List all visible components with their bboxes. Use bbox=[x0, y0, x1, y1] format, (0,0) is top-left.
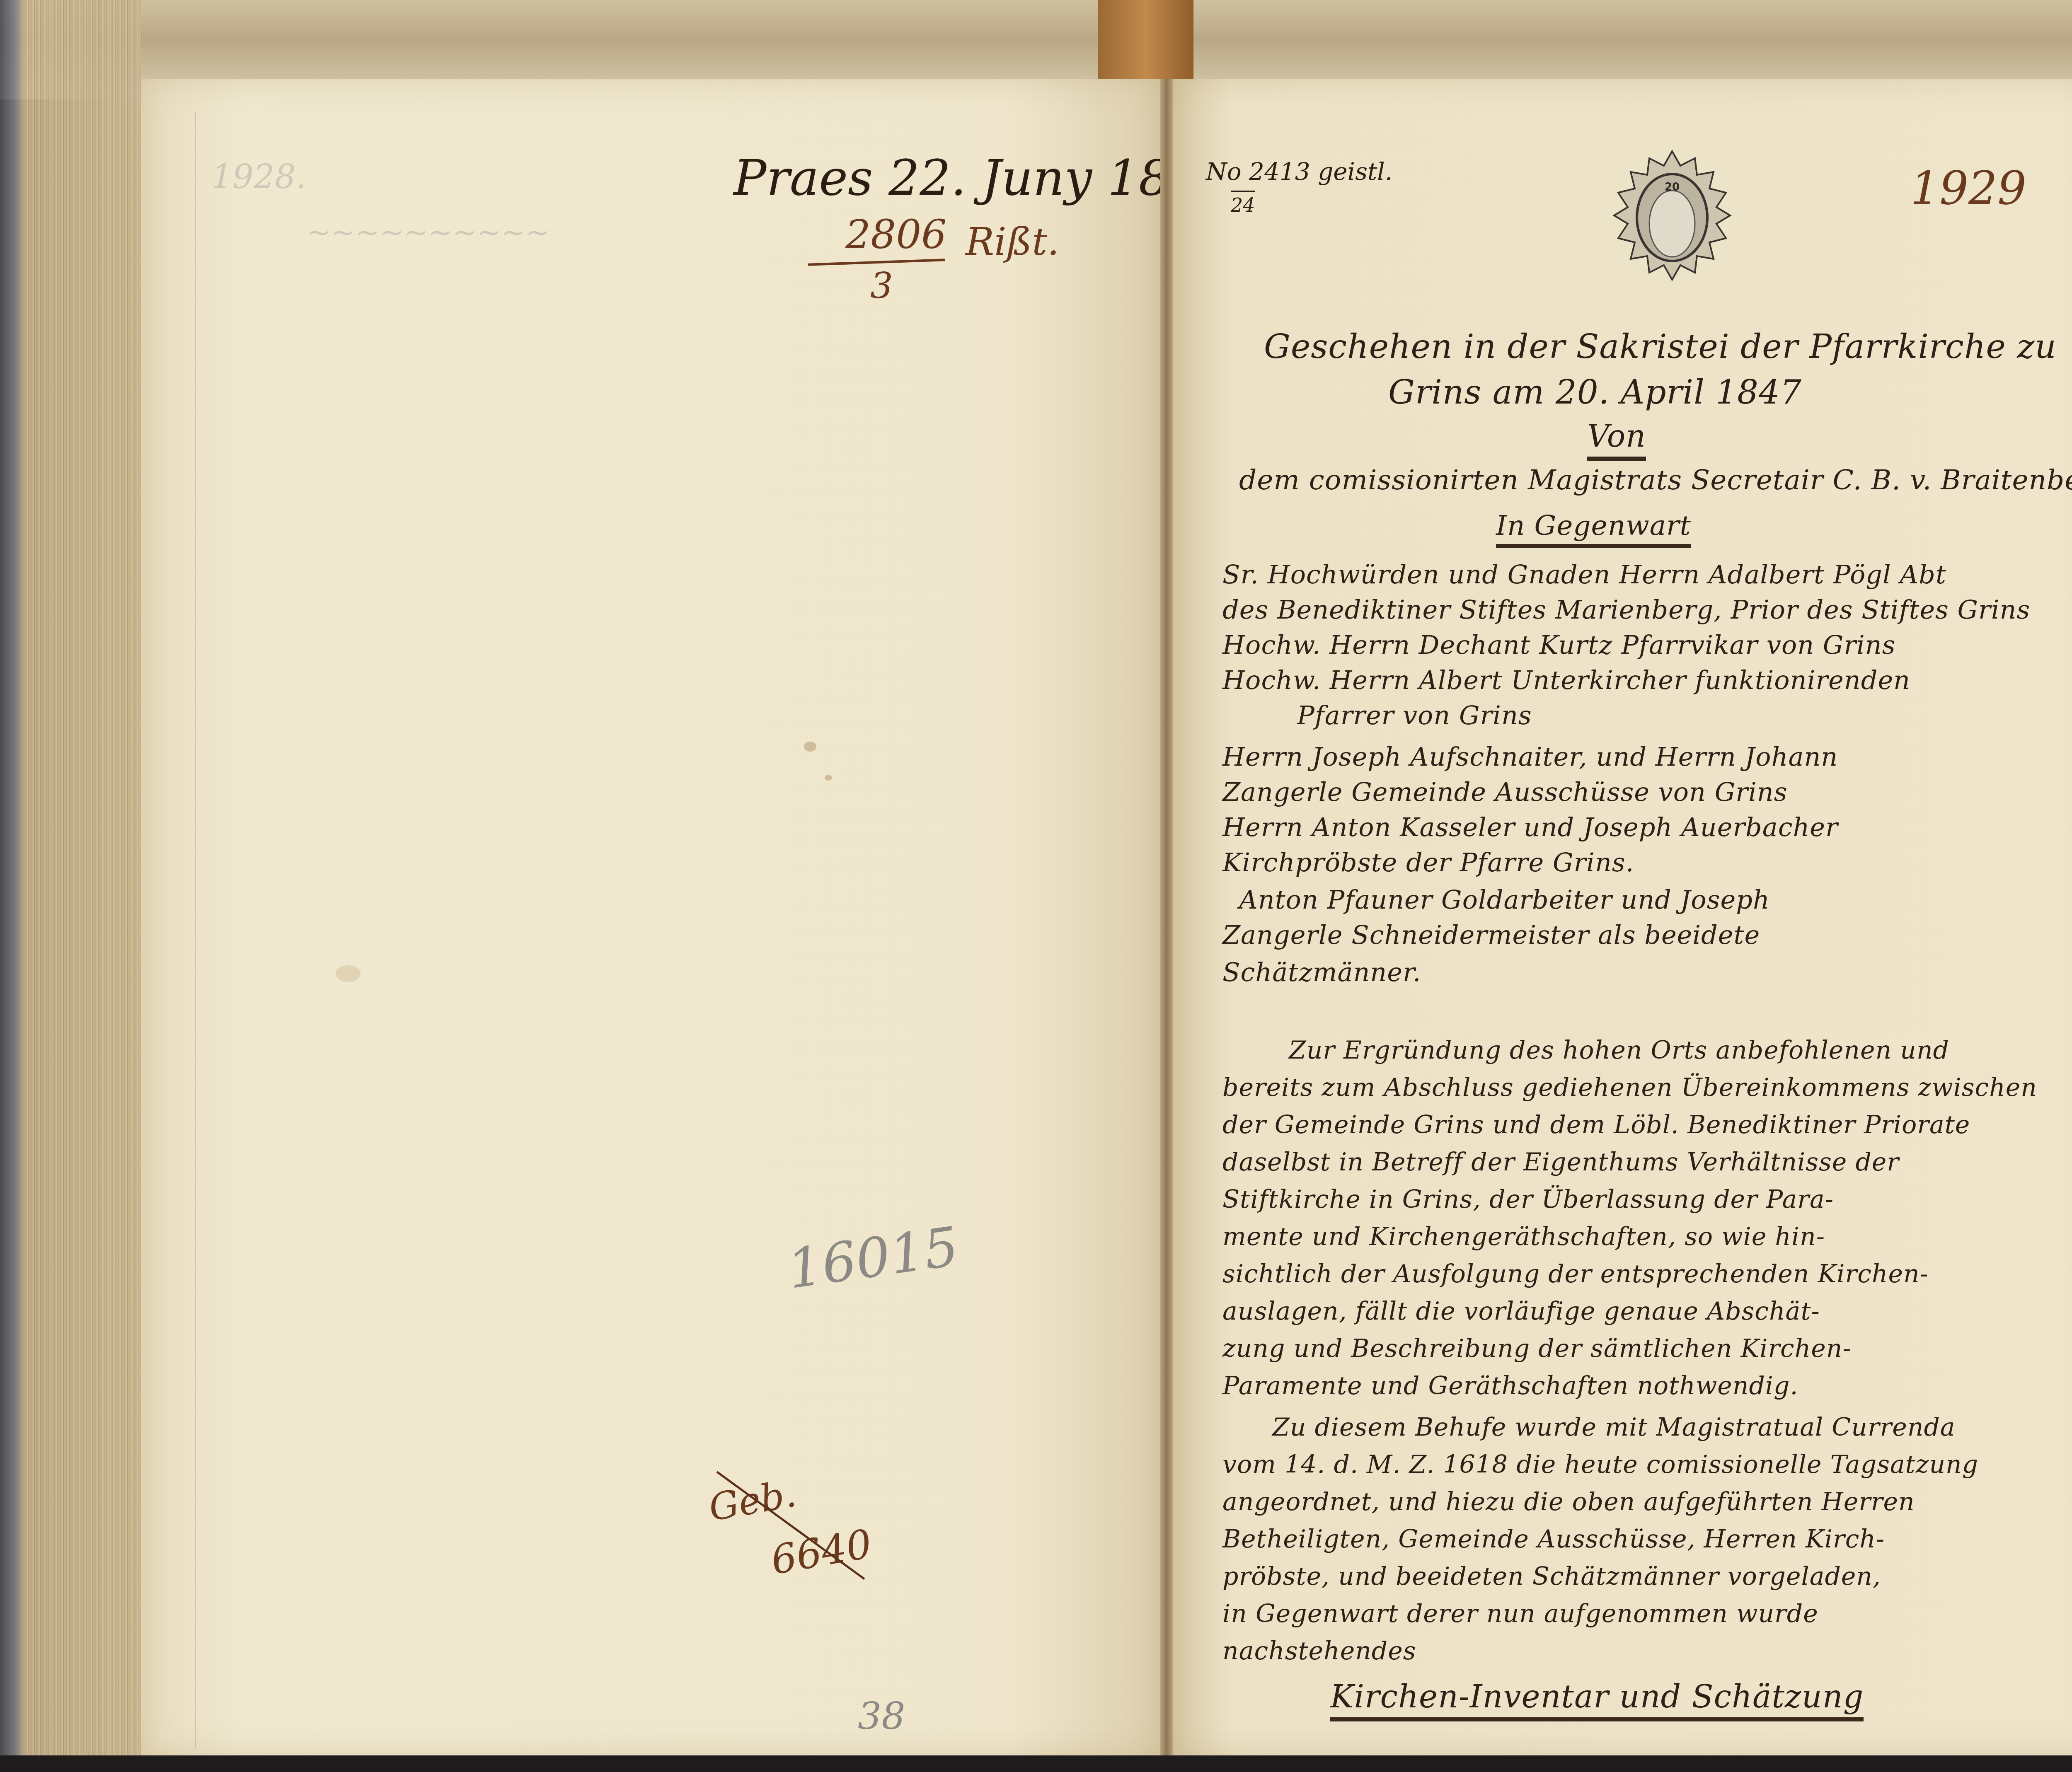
body-line: bereits zum Abschluss gediehenen Überein… bbox=[1222, 1073, 2037, 1102]
body-line: Betheiligten, Gemeinde Ausschüsse, Herre… bbox=[1222, 1525, 1885, 1554]
body-line: Anton Pfauner Goldarbeiter und Joseph bbox=[1239, 885, 1770, 915]
body-line: Zangerle Gemeinde Ausschüsse von Grins bbox=[1222, 777, 1787, 807]
section-title: Kirchen-Inventar und Schätzung bbox=[1330, 1678, 1864, 1721]
body-line: in Gegenwart derer nun aufgenommen wurde bbox=[1222, 1599, 1818, 1628]
body-line: Stiftkirche in Grins, der Überlassung de… bbox=[1222, 1185, 1834, 1214]
heading-line-1: Geschehen in der Sakristei der Pfarrkirc… bbox=[1264, 327, 2057, 366]
bleed-through-number: 1928. bbox=[211, 157, 306, 196]
body-line: Zur Ergründung des hohen Orts anbefohlen… bbox=[1289, 1036, 1949, 1065]
body-line: Hochw. Herrn Albert Unterkircher funktio… bbox=[1222, 665, 1910, 695]
reference-sub: 24 bbox=[1231, 191, 1255, 216]
reference-number: No 2413 bbox=[1206, 157, 1310, 186]
ink-spot bbox=[825, 775, 832, 781]
body-line: Paramente und Geräthschaften nothwendig. bbox=[1222, 1371, 1798, 1400]
body-line: Herrn Joseph Aufschnaiter, und Herrn Joh… bbox=[1222, 742, 1838, 772]
reference-suffix: geistl. bbox=[1318, 157, 1392, 186]
body-line: Kirchpröbste der Pfarre Grins. bbox=[1222, 847, 1634, 878]
reference-block: No 2413 geistl. bbox=[1206, 157, 1392, 186]
body-line: Pfarrer von Grins bbox=[1297, 700, 1532, 730]
body-line: des Benediktiner Stiftes Marienberg, Pri… bbox=[1222, 595, 2030, 625]
file-subnumber: 3 bbox=[870, 265, 893, 307]
heading-line-2: Grins am 20. April 1847 bbox=[1388, 373, 1802, 411]
margin-rule bbox=[195, 112, 196, 1748]
bleed-through-text: ~~~~~~~~~~ bbox=[307, 215, 550, 249]
book-scan: 1928. ~~~~~~~~~~ Praes 22. Juny 1847 280… bbox=[0, 0, 2072, 1772]
presence-heading: In Gegenwart bbox=[1496, 510, 1691, 548]
right-page: No 2413 geistl. 24 20 1929 Geschehen in … bbox=[1173, 79, 2072, 1757]
body-line: vom 14. d. M. Z. 1618 die heute comissio… bbox=[1222, 1450, 1978, 1479]
body-line: Schätzmänner. bbox=[1222, 957, 1421, 987]
body-line: sichtlich der Ausfolgung der entsprechen… bbox=[1222, 1259, 1929, 1289]
ink-spot bbox=[804, 742, 816, 752]
page-number: 1929 bbox=[1910, 162, 2026, 215]
body-line: Hochw. Herrn Dechant Kurtz Pfarrvikar vo… bbox=[1222, 630, 1896, 660]
file-note: Rißt. bbox=[966, 220, 1059, 264]
svg-text:20: 20 bbox=[1665, 181, 1680, 193]
body-line: angeordnet, und hiezu die oben aufgeführ… bbox=[1222, 1487, 1915, 1516]
body-line: Sr. Hochwürden und Gnaden Herrn Adalbert… bbox=[1222, 559, 1946, 590]
received-date-stamp: Praes 22. Juny 1847 bbox=[733, 149, 1232, 206]
stain bbox=[336, 965, 361, 982]
tax-stamp-seal-icon: 20 bbox=[1612, 149, 1732, 282]
pencil-number: 16015 bbox=[784, 1215, 962, 1301]
body-line: zung und Beschreibung der sämtlichen Kir… bbox=[1222, 1334, 1852, 1363]
body-line: der Gemeinde Grins und dem Löbl. Benedik… bbox=[1222, 1110, 1970, 1139]
body-line: pröbste, und beeideten Schätzmänner vorg… bbox=[1222, 1562, 1881, 1591]
file-number: 2806 bbox=[845, 211, 946, 258]
body-line: Zu diesem Behufe wurde mit Magistratual … bbox=[1272, 1413, 1956, 1442]
body-line: auslagen, fällt die vorläufige genaue Ab… bbox=[1222, 1297, 1820, 1326]
left-page: 1928. ~~~~~~~~~~ Praes 22. Juny 1847 280… bbox=[141, 79, 1160, 1757]
body-line: Zangerle Schneidermeister als beeidete bbox=[1222, 920, 1760, 950]
footer-pencil-number: 38 bbox=[858, 1695, 905, 1738]
body-line: Herrn Anton Kasseler und Joseph Auerbach… bbox=[1222, 812, 1838, 842]
body-line: mente und Kirchengeräthschaften, so wie … bbox=[1222, 1222, 1825, 1251]
heading-von: Von bbox=[1587, 418, 1646, 461]
body-line: nachstehendes bbox=[1222, 1637, 1416, 1666]
commissioner-line: dem comissionirten Magistrats Secretair … bbox=[1239, 464, 2072, 496]
book-gutter bbox=[1160, 79, 1173, 1757]
scan-background-bottom bbox=[0, 1755, 2072, 1772]
body-line: daselbst in Betreff der Eigenthums Verhä… bbox=[1222, 1148, 1899, 1177]
left-page-stack-edges bbox=[0, 0, 141, 1772]
